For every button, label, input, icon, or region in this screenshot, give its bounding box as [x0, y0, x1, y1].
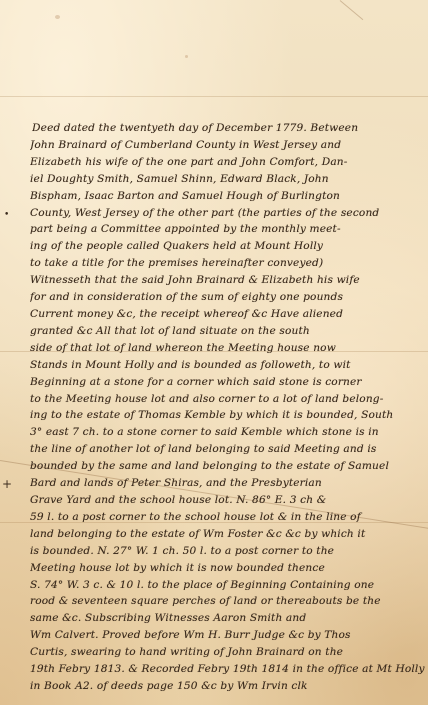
text-line: iel Doughty Smith, Samuel Shinn, Edward … [30, 173, 425, 185]
text-line: to the Meeting house lot and also corner… [30, 393, 425, 405]
paper-stain [185, 55, 188, 58]
text-line: bounded by the same and land belonging t… [30, 460, 425, 472]
text-line: the line of another lot of land belongin… [30, 443, 425, 455]
text-line: ing of the people called Quakers held at… [30, 240, 425, 252]
text-line: in Book A2. of deeds page 150 &c by Wm I… [30, 680, 425, 692]
text-line: 3° east 7 ch. to a stone corner to said … [30, 426, 425, 438]
text-line: granted &c All that lot of land situate … [30, 325, 425, 337]
text-line: S. 74° W. 3 c. & 10 l. to the place of B… [30, 579, 425, 591]
text-line: ing to the estate of Thomas Kemble by wh… [30, 409, 425, 421]
text-line: Grave Yard and the school house lot. N. … [30, 494, 425, 506]
paper-fold-line [0, 96, 428, 97]
text-line: John Brainard of Cumberland County in We… [30, 139, 425, 151]
paper-stain [55, 15, 60, 19]
text-line: land belonging to the estate of Wm Foste… [30, 528, 425, 540]
text-line: side of that lot of land whereon the Mee… [30, 342, 425, 354]
text-line: 19th Febry 1813. & Recorded Febry 19th 1… [30, 663, 425, 675]
text-line: Beginning at a stone for a corner which … [30, 376, 425, 388]
text-line: for and in consideration of the sum of e… [30, 291, 425, 303]
text-line: Wm Calvert. Proved before Wm H. Burr Jud… [30, 629, 425, 641]
text-line: same &c. Subscribing Witnesses Aaron Smi… [30, 612, 425, 624]
margin-dot-mark: • [4, 210, 9, 220]
text-line: to take a title for the premises hereina… [30, 257, 425, 269]
text-line: 59 l. to a post corner to the school hou… [30, 511, 425, 523]
document-page: • + Deed dated the twentyeth day of Dece… [0, 0, 428, 705]
text-line: Witnesseth that the said John Brainard &… [30, 274, 425, 286]
text-line: part being a Committee appointed by the … [30, 223, 425, 235]
text-line: Deed dated the twentyeth day of December… [32, 122, 427, 134]
text-line: Curtis, swearing to hand writing of John… [30, 646, 425, 658]
text-line: Bispham, Isaac Barton and Samuel Hough o… [30, 190, 425, 202]
margin-plus-mark: + [2, 477, 12, 491]
text-line: Meeting house lot by which it is now bou… [30, 562, 425, 574]
text-line: Stands in Mount Holly and is bounded as … [30, 359, 425, 371]
text-line: is bounded. N. 27° W. 1 ch. 50 l. to a p… [30, 545, 425, 557]
text-line: Bard and lands of Peter Shiras, and the … [30, 477, 425, 489]
paper-tear [340, 0, 364, 20]
text-line: rood & seventeen square perches of land … [30, 595, 425, 607]
text-line: Elizabeth his wife of the one part and J… [30, 156, 425, 168]
text-line: Current money &c, the receipt whereof &c… [30, 308, 425, 320]
text-line: County, West Jersey of the other part (t… [30, 207, 425, 219]
